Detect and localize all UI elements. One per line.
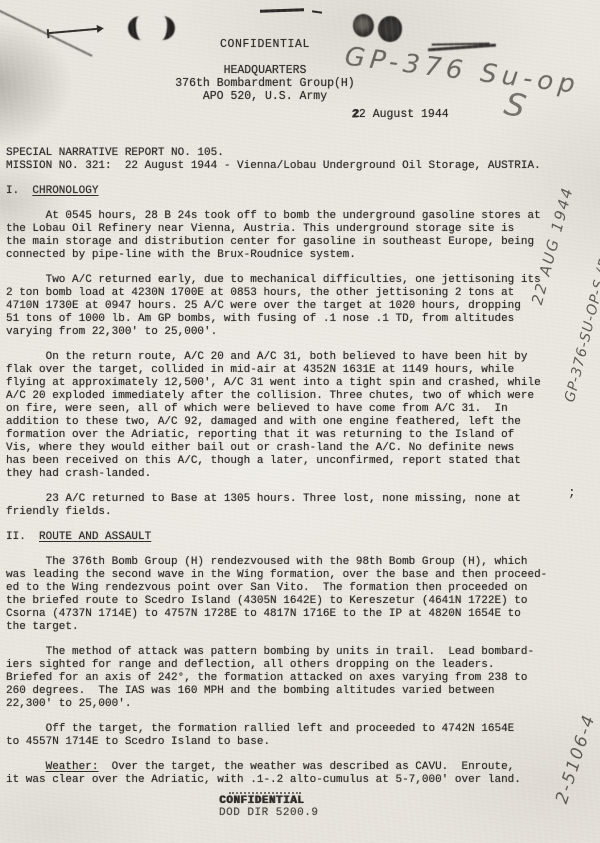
header-apo: APO 520, U.S. Army	[15, 90, 515, 103]
paragraph-line: flying at approximately 12,500', A/C 31 …	[6, 377, 596, 390]
paragraph-line: the main storage and distribution center…	[6, 236, 596, 249]
paragraph-line: Csorna (4737N 1714E) to 4757N 1728E to 4…	[6, 608, 596, 621]
report-title-line: SPECIAL NARRATIVE REPORT NO. 105.	[6, 147, 596, 160]
section: II. ROUTE AND ASSAULT The 376th Bomb Gro…	[6, 531, 596, 787]
pencil-tick-mark	[312, 10, 322, 13]
paragraph-line: connected by pipe-line with the Brux-Rou…	[6, 249, 596, 262]
paragraph: Off the target, the formation rallied le…	[6, 723, 596, 749]
paragraph-line: Weather: Over the target, the weather wa…	[6, 761, 596, 774]
section-heading: II. ROUTE AND ASSAULT	[6, 531, 596, 544]
paragraph-line: Vis, where they would either bail out or…	[6, 442, 596, 455]
paragraph-line: A/C 20 exploded immediately after the co…	[6, 390, 596, 403]
paragraph-line: the Lobau Oil Refinery near Vienna, Aust…	[6, 223, 596, 236]
section-heading: I. CHRONOLOGY	[6, 185, 596, 198]
paragraph-line: Briefed for an axis of 242°, the formati…	[6, 672, 596, 685]
paragraph-line: The 376th Bomb Group (H) rendezvoused wi…	[6, 556, 596, 569]
paragraph-line: On the return route, A/C 20 and A/C 31, …	[6, 351, 596, 364]
document-date: 22 August 1944	[352, 108, 449, 121]
paragraph-line: friendly fields.	[6, 506, 596, 519]
sections-container: I. CHRONOLOGY At 0545 hours, 28 B 24s to…	[6, 185, 596, 787]
section-number: II.	[6, 531, 39, 543]
paragraph-line: 22,300' to 25,000'.	[6, 698, 596, 711]
paragraph-line: Two A/C returned early, due to mechanica…	[6, 274, 596, 287]
paragraph-line: addition to these two, A/C 92, damaged a…	[6, 416, 596, 429]
section: I. CHRONOLOGY At 0545 hours, 28 B 24s to…	[6, 185, 596, 519]
pencil-dash-mark	[260, 8, 304, 12]
paragraph: At 0545 hours, 28 B 24s took off to bomb…	[6, 210, 596, 262]
mission-title-line: MISSION NO. 321: 22 August 1944 - Vienna…	[6, 160, 596, 173]
paragraph-line: to 4557N 1714E to Scedro Island to base.	[6, 736, 596, 749]
footer-classification: CONFIDENTIAL	[219, 796, 318, 807]
paragraph: Weather: Over the target, the weather wa…	[6, 761, 596, 787]
footer-directive: DOD DIR 5200.9	[219, 808, 318, 819]
paragraph-line: varying from 22,300' to 25,000'.	[6, 326, 596, 339]
section-number: I.	[6, 185, 32, 197]
section-title: CHRONOLOGY	[32, 185, 98, 197]
paragraph-line: At 0545 hours, 28 B 24s took off to bomb…	[6, 210, 596, 223]
document-footer: CONFIDENTIAL DOD DIR 5200.9	[219, 796, 318, 819]
paragraph-line: 23 A/C returned to Base at 1305 hours. T…	[6, 493, 596, 506]
paragraph-line: ed to the Wing rendezvous point over San…	[6, 582, 596, 595]
paragraph: 23 A/C returned to Base at 1305 hours. T…	[6, 493, 596, 519]
paragraph-line: flak over the target, collided in mid-ai…	[6, 364, 596, 377]
paragraph-line: on fire, were seen, all of which were be…	[6, 403, 596, 416]
paragraph-line: 51 tons of 1000 lb. Am GP bombs, with fu…	[6, 313, 596, 326]
paragraph-line: the briefed route to Scedro Island (4305…	[6, 595, 596, 608]
paragraph-line: they had crash-landed.	[6, 468, 596, 481]
paragraph: Two A/C returned early, due to mechanica…	[6, 274, 596, 339]
paragraph: The method of attack was pattern bombing…	[6, 646, 596, 711]
paragraph-line: the target.	[6, 621, 596, 634]
classification-banner: CONFIDENTIAL	[15, 38, 515, 51]
scanned-document-page: ; CONFIDENTIAL HEADQUARTERS 376th Bombar…	[0, 0, 600, 843]
paragraph-line: was leading the second wave in the Wing …	[6, 569, 596, 582]
section-title: ROUTE AND ASSAULT	[39, 531, 151, 543]
paragraph-line: 4710N 1730E at 0947 hours. 25 A/C were o…	[6, 300, 596, 313]
paragraph-line: iers sighted for range and deflection, a…	[6, 659, 596, 672]
paragraph-line: has been received on this A/C, though a …	[6, 455, 596, 468]
pencil-arrow-mark	[48, 28, 98, 34]
paragraph-line: The method of attack was pattern bombing…	[6, 646, 596, 659]
paragraph-line: 260 degrees. The IAS was 160 MPH and the…	[6, 685, 596, 698]
paragraph: The 376th Bomb Group (H) rendezvoused wi…	[6, 556, 596, 634]
paragraph-line: 2 ton bomb load at 4230N 1700E at 0853 h…	[6, 287, 596, 300]
paragraph-line: it was clear over the Adriatic, with .1-…	[6, 774, 596, 787]
document-body: SPECIAL NARRATIVE REPORT NO. 105. MISSIO…	[6, 147, 596, 787]
paragraph: On the return route, A/C 20 and A/C 31, …	[6, 351, 596, 481]
paragraph-line: Off the target, the formation rallied le…	[6, 723, 596, 736]
paragraph-line: formation over the Adriatic, reporting t…	[6, 429, 596, 442]
ink-blob-mark	[353, 14, 374, 37]
